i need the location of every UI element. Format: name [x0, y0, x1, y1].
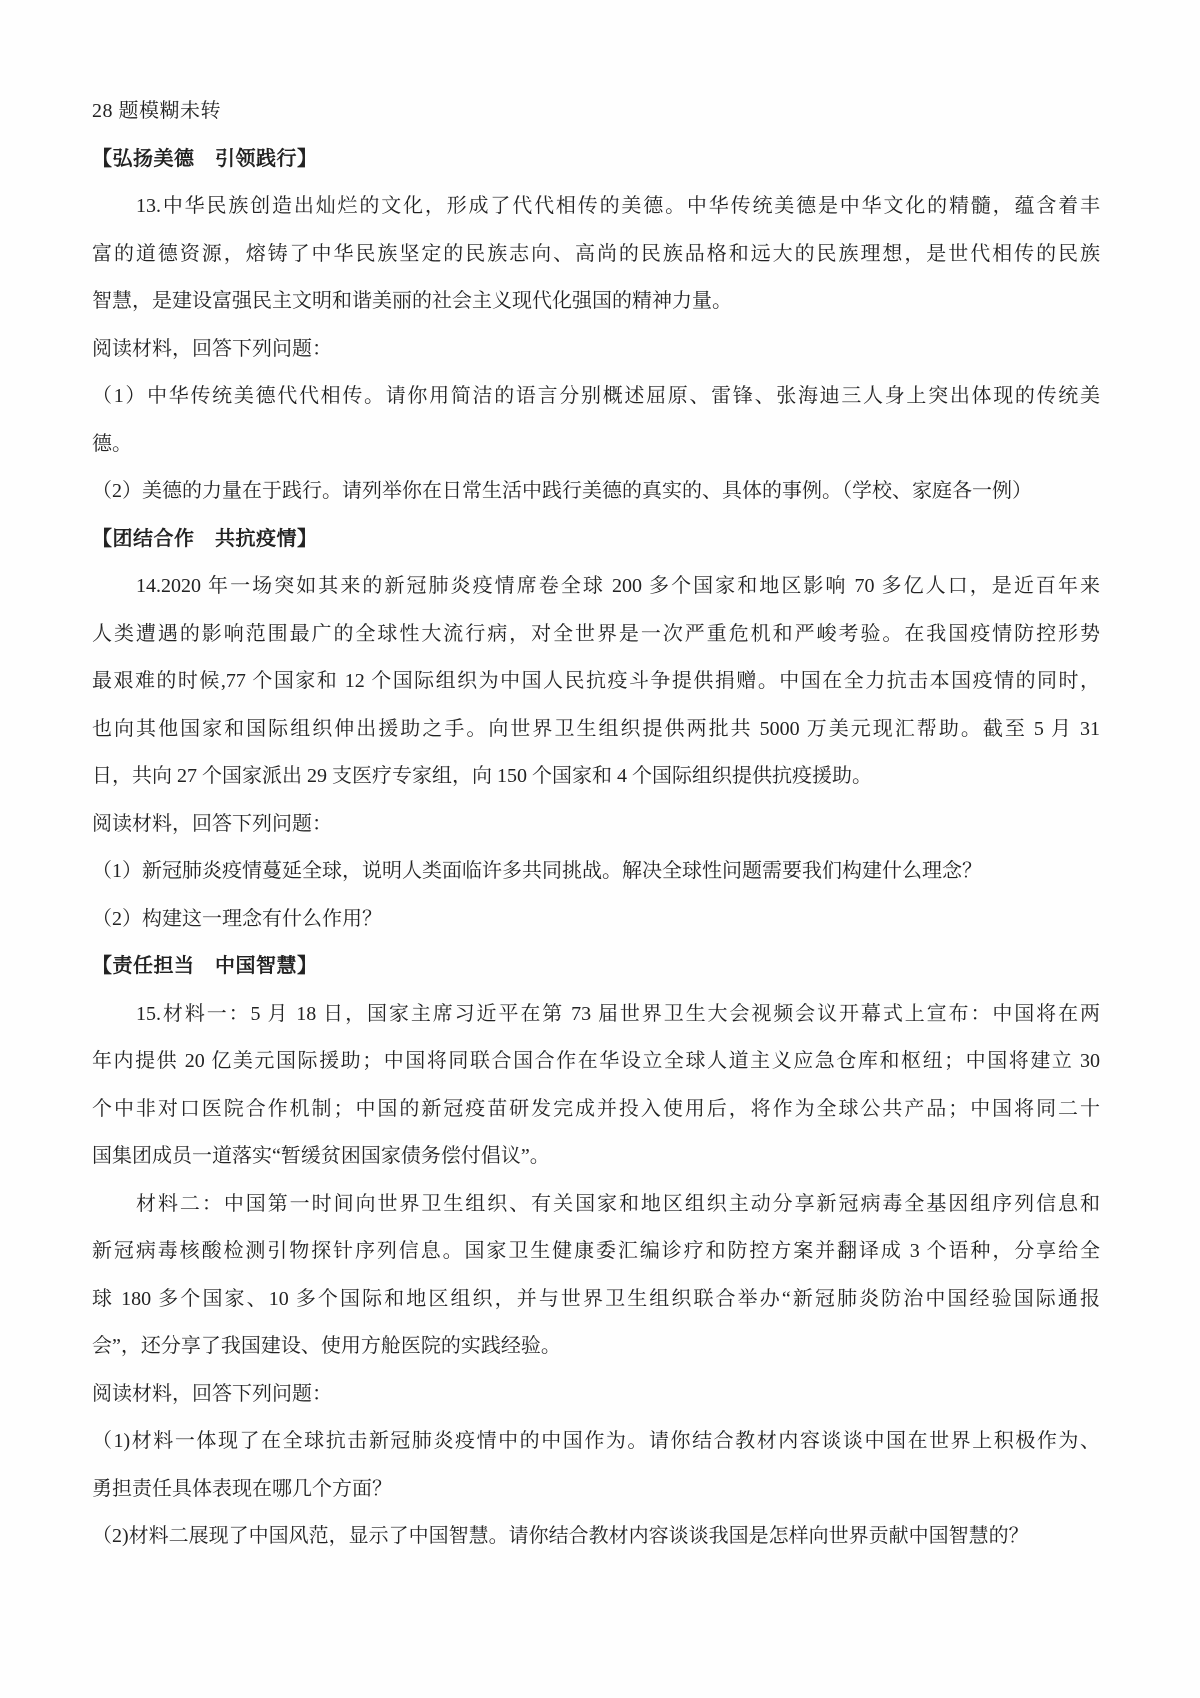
text-line: 会”，还分享了我国建设、使用方舱医院的实践经验。	[92, 1323, 1100, 1371]
text-line: 材料二：中国第一时间向世界卫生组织、有关国家和地区组织主动分享新冠病毒全基因组序…	[92, 1181, 1100, 1229]
text-line: 13.中华民族创造出灿烂的文化，形成了代代相传的美德。中华传统美德是中华文化的精…	[92, 183, 1100, 231]
text-line: （2）构建这一理念有什么作用？	[92, 896, 1100, 944]
text-line: 14.2020 年一场突如其来的新冠肺炎疫情席卷全球 200 多个国家和地区影响…	[92, 563, 1100, 611]
text-line: 富的道德资源，熔铸了中华民族坚定的民族志向、高尚的民族品格和远大的民族理想，是世…	[92, 231, 1100, 279]
text-line: 阅读材料，回答下列问题：	[92, 326, 1100, 374]
text-line: 新冠病毒核酸检测引物探针序列信息。国家卫生健康委汇编诊疗和防控方案并翻译成 3 …	[92, 1228, 1100, 1276]
section-heading: 【团结合作 共抗疫情】	[92, 516, 1100, 564]
text-line: 国集团成员一道落实“暂缓贫困国家债务偿付倡议”。	[92, 1133, 1100, 1181]
text-line: （1)材料一体现了在全球抗击新冠肺炎疫情中的中国作为。请你结合教材内容谈谈中国在…	[92, 1418, 1100, 1466]
text-line: 勇担责任具体表现在哪几个方面？	[92, 1466, 1100, 1514]
header-note: 28 题模糊未转	[92, 88, 1100, 136]
text-line: （2)材料二展现了中国风范，显示了中国智慧。请你结合教材内容谈谈我国是怎样向世界…	[92, 1513, 1100, 1561]
text-line: （1）新冠肺炎疫情蔓延全球，说明人类面临许多共同挑战。解决全球性问题需要我们构建…	[92, 848, 1100, 896]
text-line: 最艰难的时候,77 个国家和 12 个国际组织为中国人民抗疫斗争提供捐赠。中国在…	[92, 658, 1100, 706]
text-line: 日，共向 27 个国家派出 29 支医疗专家组，向 150 个国家和 4 个国际…	[92, 753, 1100, 801]
text-line: 人类遭遇的影响范围最广的全球性大流行病，对全世界是一次严重危机和严峻考验。在我国…	[92, 611, 1100, 659]
text-line: （2）美德的力量在于践行。请列举你在日常生活中践行美德的真实的、具体的事例。（学…	[92, 468, 1100, 516]
text-line: 年内提供 20 亿美元国际援助；中国将同联合国合作在华设立全球人道主义应急仓库和…	[92, 1038, 1100, 1086]
text-line: 阅读材料，回答下列问题：	[92, 801, 1100, 849]
section-heading: 【责任担当 中国智慧】	[92, 943, 1100, 991]
text-line: 智慧，是建设富强民主文明和谐美丽的社会主义现代化强国的精神力量。	[92, 278, 1100, 326]
text-line: 球 180 多个国家、10 多个国际和地区组织，并与世界卫生组织联合举办“新冠肺…	[92, 1276, 1100, 1324]
exam-page: 28 题模糊未转 【弘扬美德 引领践行】13.中华民族创造出灿烂的文化，形成了代…	[0, 0, 1200, 1698]
text-line: 德。	[92, 421, 1100, 469]
text-line: （1）中华传统美德代代相传。请你用简洁的语言分别概述屈原、雷锋、张海迪三人身上突…	[92, 373, 1100, 421]
text-line: 阅读材料，回答下列问题：	[92, 1371, 1100, 1419]
text-line: 个中非对口医院合作机制；中国的新冠疫苗研发完成并投入使用后，将作为全球公共产品；…	[92, 1086, 1100, 1134]
text-line: 15.材料一：5 月 18 日，国家主席习近平在第 73 届世界卫生大会视频会议…	[92, 991, 1100, 1039]
text-line: 也向其他国家和国际组织伸出援助之手。向世界卫生组织提供两批共 5000 万美元现…	[92, 706, 1100, 754]
document-body: 28 题模糊未转 【弘扬美德 引领践行】13.中华民族创造出灿烂的文化，形成了代…	[0, 0, 1200, 1561]
section-heading: 【弘扬美德 引领践行】	[92, 136, 1100, 184]
